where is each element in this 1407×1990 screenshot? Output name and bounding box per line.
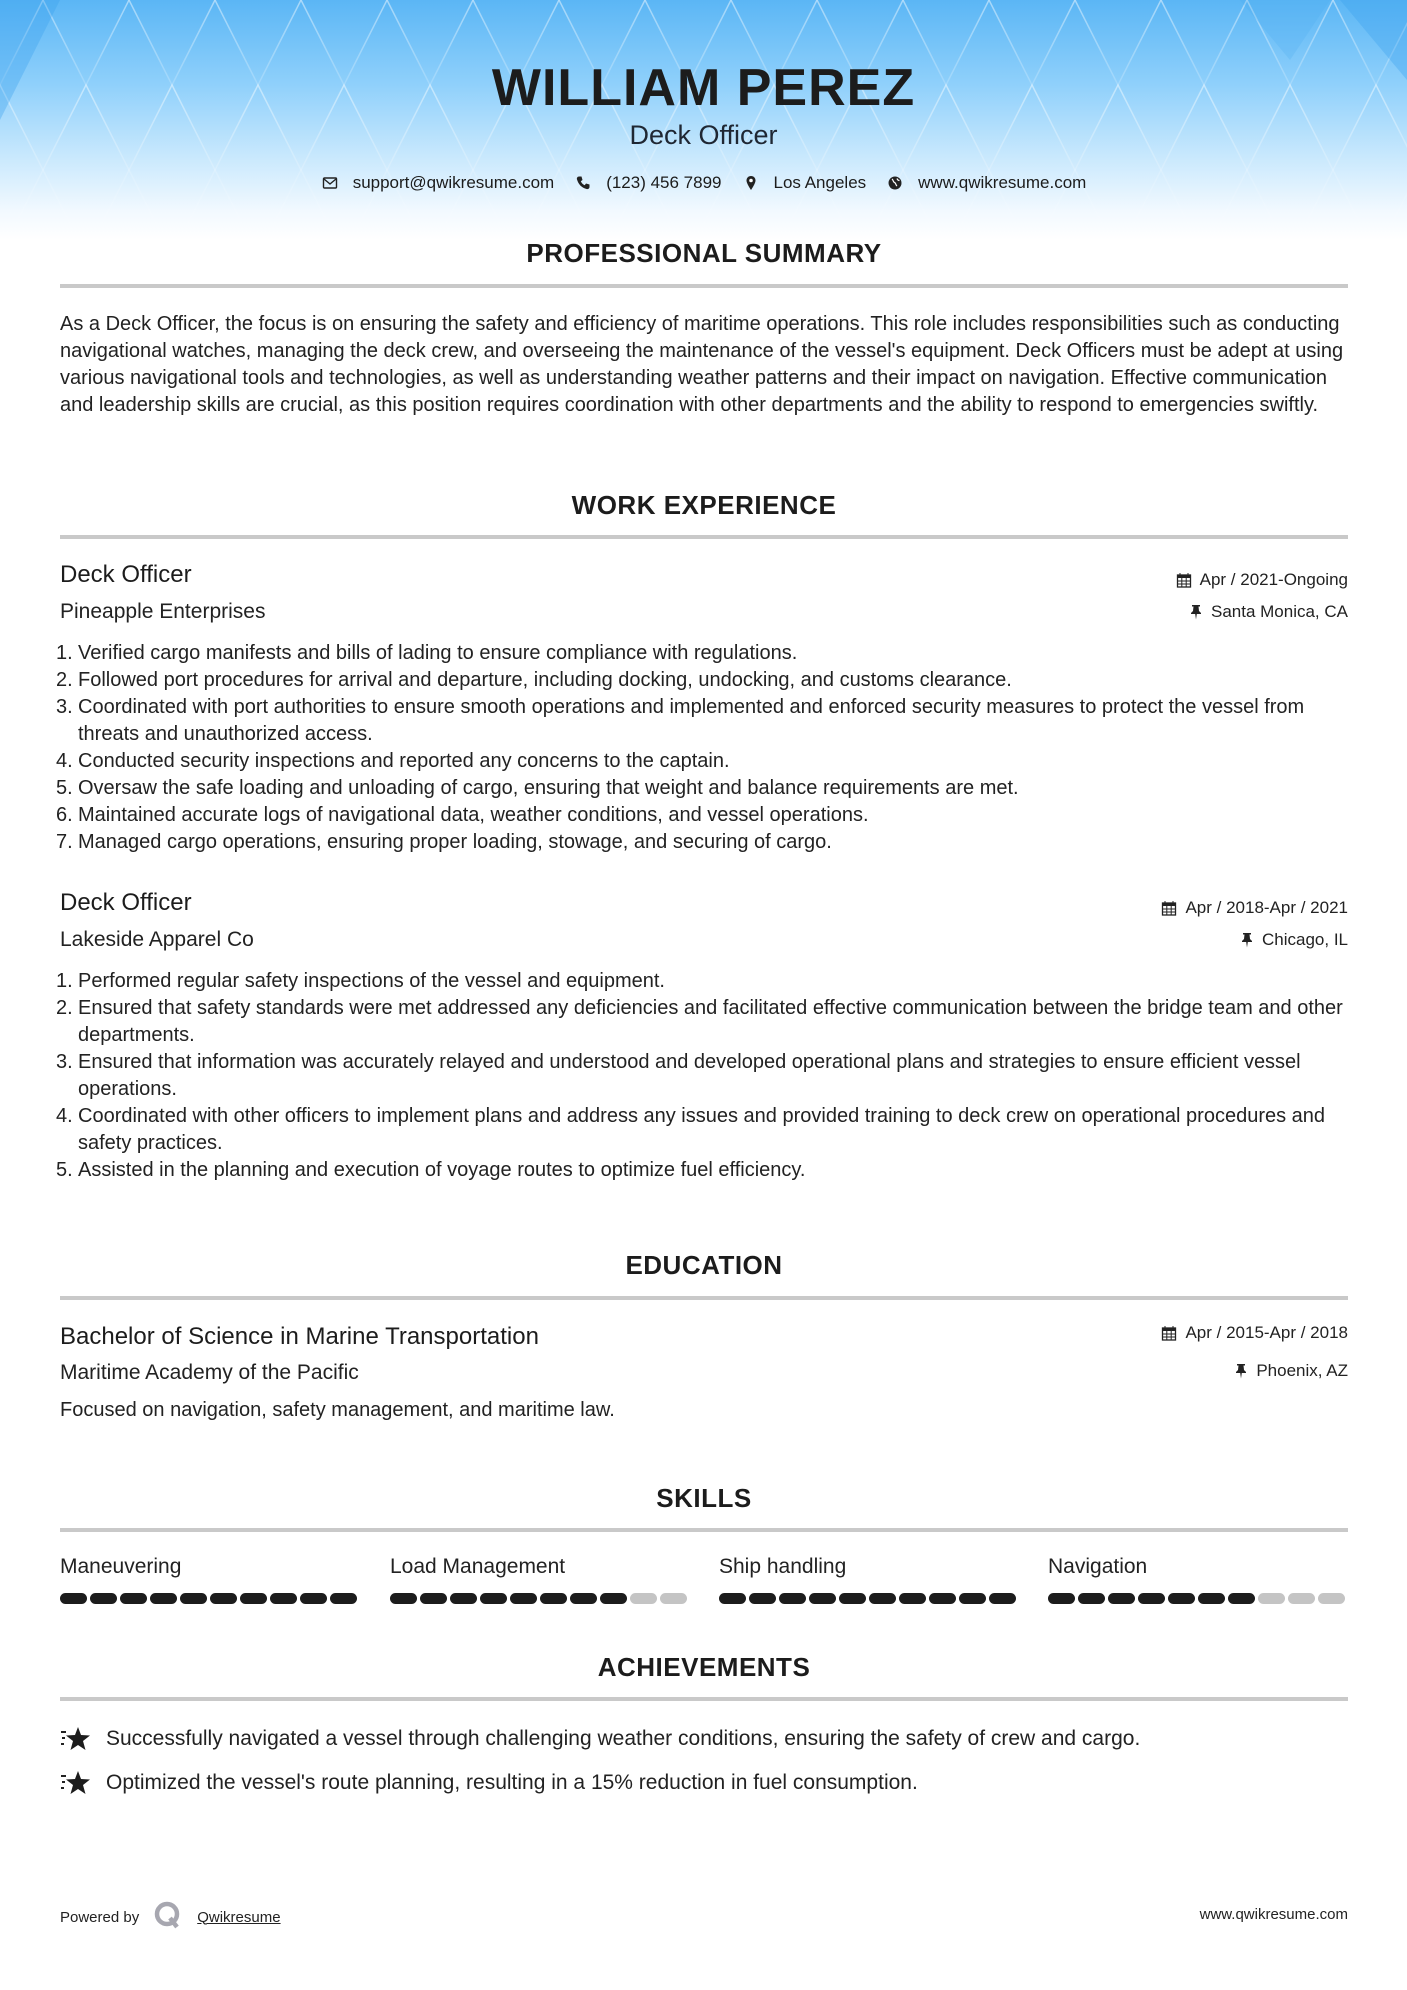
section-divider	[60, 1528, 1348, 1532]
achievement-item: Optimized the vessel's route planning, r…	[60, 1768, 918, 1798]
list-item: 1.Verified cargo manifests and bills of …	[60, 640, 1352, 667]
skill-level-segment	[929, 1593, 956, 1604]
skill-level-segment	[779, 1593, 806, 1604]
job-dates: Apr / 2021-Ongoing	[1176, 570, 1348, 590]
skill-level-segment	[570, 1593, 597, 1604]
skill-level-segment	[1108, 1593, 1135, 1604]
job-location-text: Santa Monica, CA	[1211, 602, 1348, 622]
skill-level-bar	[1048, 1593, 1348, 1604]
experience-heading: WORK EXPERIENCE	[60, 490, 1348, 521]
job-company: Lakeside Apparel Co	[60, 928, 254, 952]
list-item: 1.Performed regular safety inspections o…	[60, 968, 1352, 995]
skill-level-segment	[480, 1593, 507, 1604]
skill-level-segment	[1318, 1593, 1345, 1604]
contact-location: Los Angeles	[742, 172, 867, 194]
skill-level-segment	[90, 1593, 117, 1604]
education-heading: EDUCATION	[60, 1250, 1348, 1281]
skill-level-segment	[989, 1593, 1016, 1604]
list-item: 2.Followed port procedures for arrival a…	[60, 667, 1352, 694]
skill-level-segment	[510, 1593, 537, 1604]
job-dates: Apr / 2018-Apr / 2021	[1161, 898, 1348, 918]
job-title: Deck Officer	[60, 889, 192, 917]
skill-item: Maneuvering	[60, 1553, 360, 1604]
skill-level-segment	[210, 1593, 237, 1604]
degree-title: Bachelor of Science in Marine Transporta…	[60, 1323, 539, 1351]
job-location: Santa Monica, CA	[1189, 602, 1348, 622]
list-item: 2.Ensured that safety standards were met…	[60, 995, 1352, 1049]
phone-icon	[574, 174, 592, 192]
job-bullets: 1.Verified cargo manifests and bills of …	[60, 640, 1352, 856]
skill-name: Navigation	[1048, 1553, 1348, 1581]
skill-item: Ship handling	[719, 1553, 1019, 1604]
skill-level-segment	[540, 1593, 567, 1604]
skill-level-segment	[270, 1593, 297, 1604]
qwikresume-link[interactable]: Qwikresume	[197, 1909, 280, 1926]
list-item: 4.Coordinated with other officers to imp…	[60, 1103, 1352, 1157]
qwikresume-logo-icon	[153, 1900, 183, 1934]
job-location-text: Chicago, IL	[1262, 930, 1348, 950]
skill-name: Maneuvering	[60, 1553, 360, 1581]
job-dates-text: Apr / 2021-Ongoing	[1200, 570, 1348, 590]
skill-level-segment	[630, 1593, 657, 1604]
skill-level-segment	[1258, 1593, 1285, 1604]
skill-level-segment	[959, 1593, 986, 1604]
list-item: 3.Coordinated with port authorities to e…	[60, 694, 1352, 748]
contact-email[interactable]: support@qwikresume.com	[321, 172, 555, 194]
contact-website[interactable]: www.qwikresume.com	[886, 172, 1086, 194]
skill-level-segment	[240, 1593, 267, 1604]
achievement-item: Successfully navigated a vessel through …	[60, 1724, 1140, 1754]
skill-level-segment	[1078, 1593, 1105, 1604]
skill-item: Load Management	[390, 1553, 690, 1604]
skill-level-segment	[749, 1593, 776, 1604]
contact-bar: support@qwikresume.com (123) 456 7899 Lo…	[0, 172, 1407, 194]
skills-heading: SKILLS	[60, 1483, 1348, 1514]
skill-level-segment	[869, 1593, 896, 1604]
star-icon	[60, 1724, 92, 1754]
skill-level-segment	[660, 1593, 687, 1604]
summary-heading: PROFESSIONAL SUMMARY	[60, 238, 1348, 269]
summary-text: As a Deck Officer, the focus is on ensur…	[60, 311, 1350, 419]
skill-level-bar	[390, 1593, 690, 1604]
contact-website-text: www.qwikresume.com	[918, 172, 1086, 194]
contact-phone-text: (123) 456 7899	[606, 172, 721, 194]
skill-level-segment	[420, 1593, 447, 1604]
skill-item: Navigation	[1048, 1553, 1348, 1604]
contact-phone[interactable]: (123) 456 7899	[574, 172, 721, 194]
candidate-title: Deck Officer	[0, 118, 1407, 152]
skill-level-bar	[719, 1593, 1019, 1604]
school-name: Maritime Academy of the Pacific	[60, 1361, 359, 1385]
section-divider	[60, 1697, 1348, 1701]
pushpin-icon	[1240, 932, 1254, 948]
calendar-icon	[1161, 1325, 1177, 1341]
skill-level-segment	[809, 1593, 836, 1604]
powered-by: Powered by Qwikresume	[60, 1900, 281, 1934]
skill-level-segment	[1228, 1593, 1255, 1604]
education-dates-text: Apr / 2015-Apr / 2018	[1185, 1323, 1348, 1343]
skill-name: Ship handling	[719, 1553, 1019, 1581]
list-item: 4.Conducted security inspections and rep…	[60, 748, 1352, 775]
skill-level-segment	[600, 1593, 627, 1604]
powered-by-label: Powered by	[60, 1909, 139, 1926]
envelope-icon	[321, 174, 339, 192]
skill-name: Load Management	[390, 1553, 690, 1581]
section-divider	[60, 535, 1348, 539]
job-bullets: 1.Performed regular safety inspections o…	[60, 968, 1352, 1184]
skill-level-segment	[899, 1593, 926, 1604]
job-company: Pineapple Enterprises	[60, 600, 265, 624]
skill-level-segment	[1288, 1593, 1315, 1604]
education-location-text: Phoenix, AZ	[1256, 1361, 1348, 1381]
skill-level-segment	[1168, 1593, 1195, 1604]
list-item: 7.Managed cargo operations, ensuring pro…	[60, 829, 1352, 856]
skill-level-segment	[1138, 1593, 1165, 1604]
skill-level-segment	[120, 1593, 147, 1604]
map-marker-icon	[742, 174, 760, 192]
star-icon	[60, 1768, 92, 1798]
education-dates: Apr / 2015-Apr / 2018	[1161, 1323, 1348, 1343]
calendar-icon	[1176, 572, 1192, 588]
calendar-icon	[1161, 900, 1177, 916]
list-item: 6.Maintained accurate logs of navigation…	[60, 802, 1352, 829]
achievement-text: Optimized the vessel's route planning, r…	[106, 1771, 918, 1795]
skill-level-segment	[1048, 1593, 1075, 1604]
list-item: 5.Oversaw the safe loading and unloading…	[60, 775, 1352, 802]
skill-level-segment	[300, 1593, 327, 1604]
achievement-text: Successfully navigated a vessel through …	[106, 1727, 1140, 1751]
job-dates-text: Apr / 2018-Apr / 2021	[1185, 898, 1348, 918]
contact-location-text: Los Angeles	[774, 172, 867, 194]
section-divider	[60, 284, 1348, 288]
education-description: Focused on navigation, safety management…	[60, 1397, 1350, 1424]
skill-level-segment	[150, 1593, 177, 1604]
skill-level-segment	[450, 1593, 477, 1604]
skill-level-segment	[180, 1593, 207, 1604]
skill-level-segment	[839, 1593, 866, 1604]
section-divider	[60, 1296, 1348, 1300]
job-title: Deck Officer	[60, 561, 192, 589]
education-location: Phoenix, AZ	[1234, 1361, 1348, 1381]
list-item: 3.Ensured that information was accuratel…	[60, 1049, 1352, 1103]
contact-email-text: support@qwikresume.com	[353, 172, 555, 194]
skill-level-segment	[1198, 1593, 1225, 1604]
achievements-heading: ACHIEVEMENTS	[60, 1652, 1348, 1683]
resume-header: WILLIAM PEREZ Deck Officer support@qwikr…	[0, 0, 1407, 240]
skill-level-segment	[719, 1593, 746, 1604]
list-item: 5.Assisted in the planning and execution…	[60, 1157, 1352, 1184]
job-location: Chicago, IL	[1240, 930, 1348, 950]
skill-level-segment	[330, 1593, 357, 1604]
skill-level-segment	[390, 1593, 417, 1604]
candidate-name: WILLIAM PEREZ	[0, 58, 1407, 118]
skill-level-segment	[60, 1593, 87, 1604]
pushpin-icon	[1189, 604, 1203, 620]
skill-level-bar	[60, 1593, 360, 1604]
footer-website[interactable]: www.qwikresume.com	[1200, 1906, 1348, 1923]
pushpin-icon	[1234, 1363, 1248, 1379]
globe-icon	[886, 174, 904, 192]
